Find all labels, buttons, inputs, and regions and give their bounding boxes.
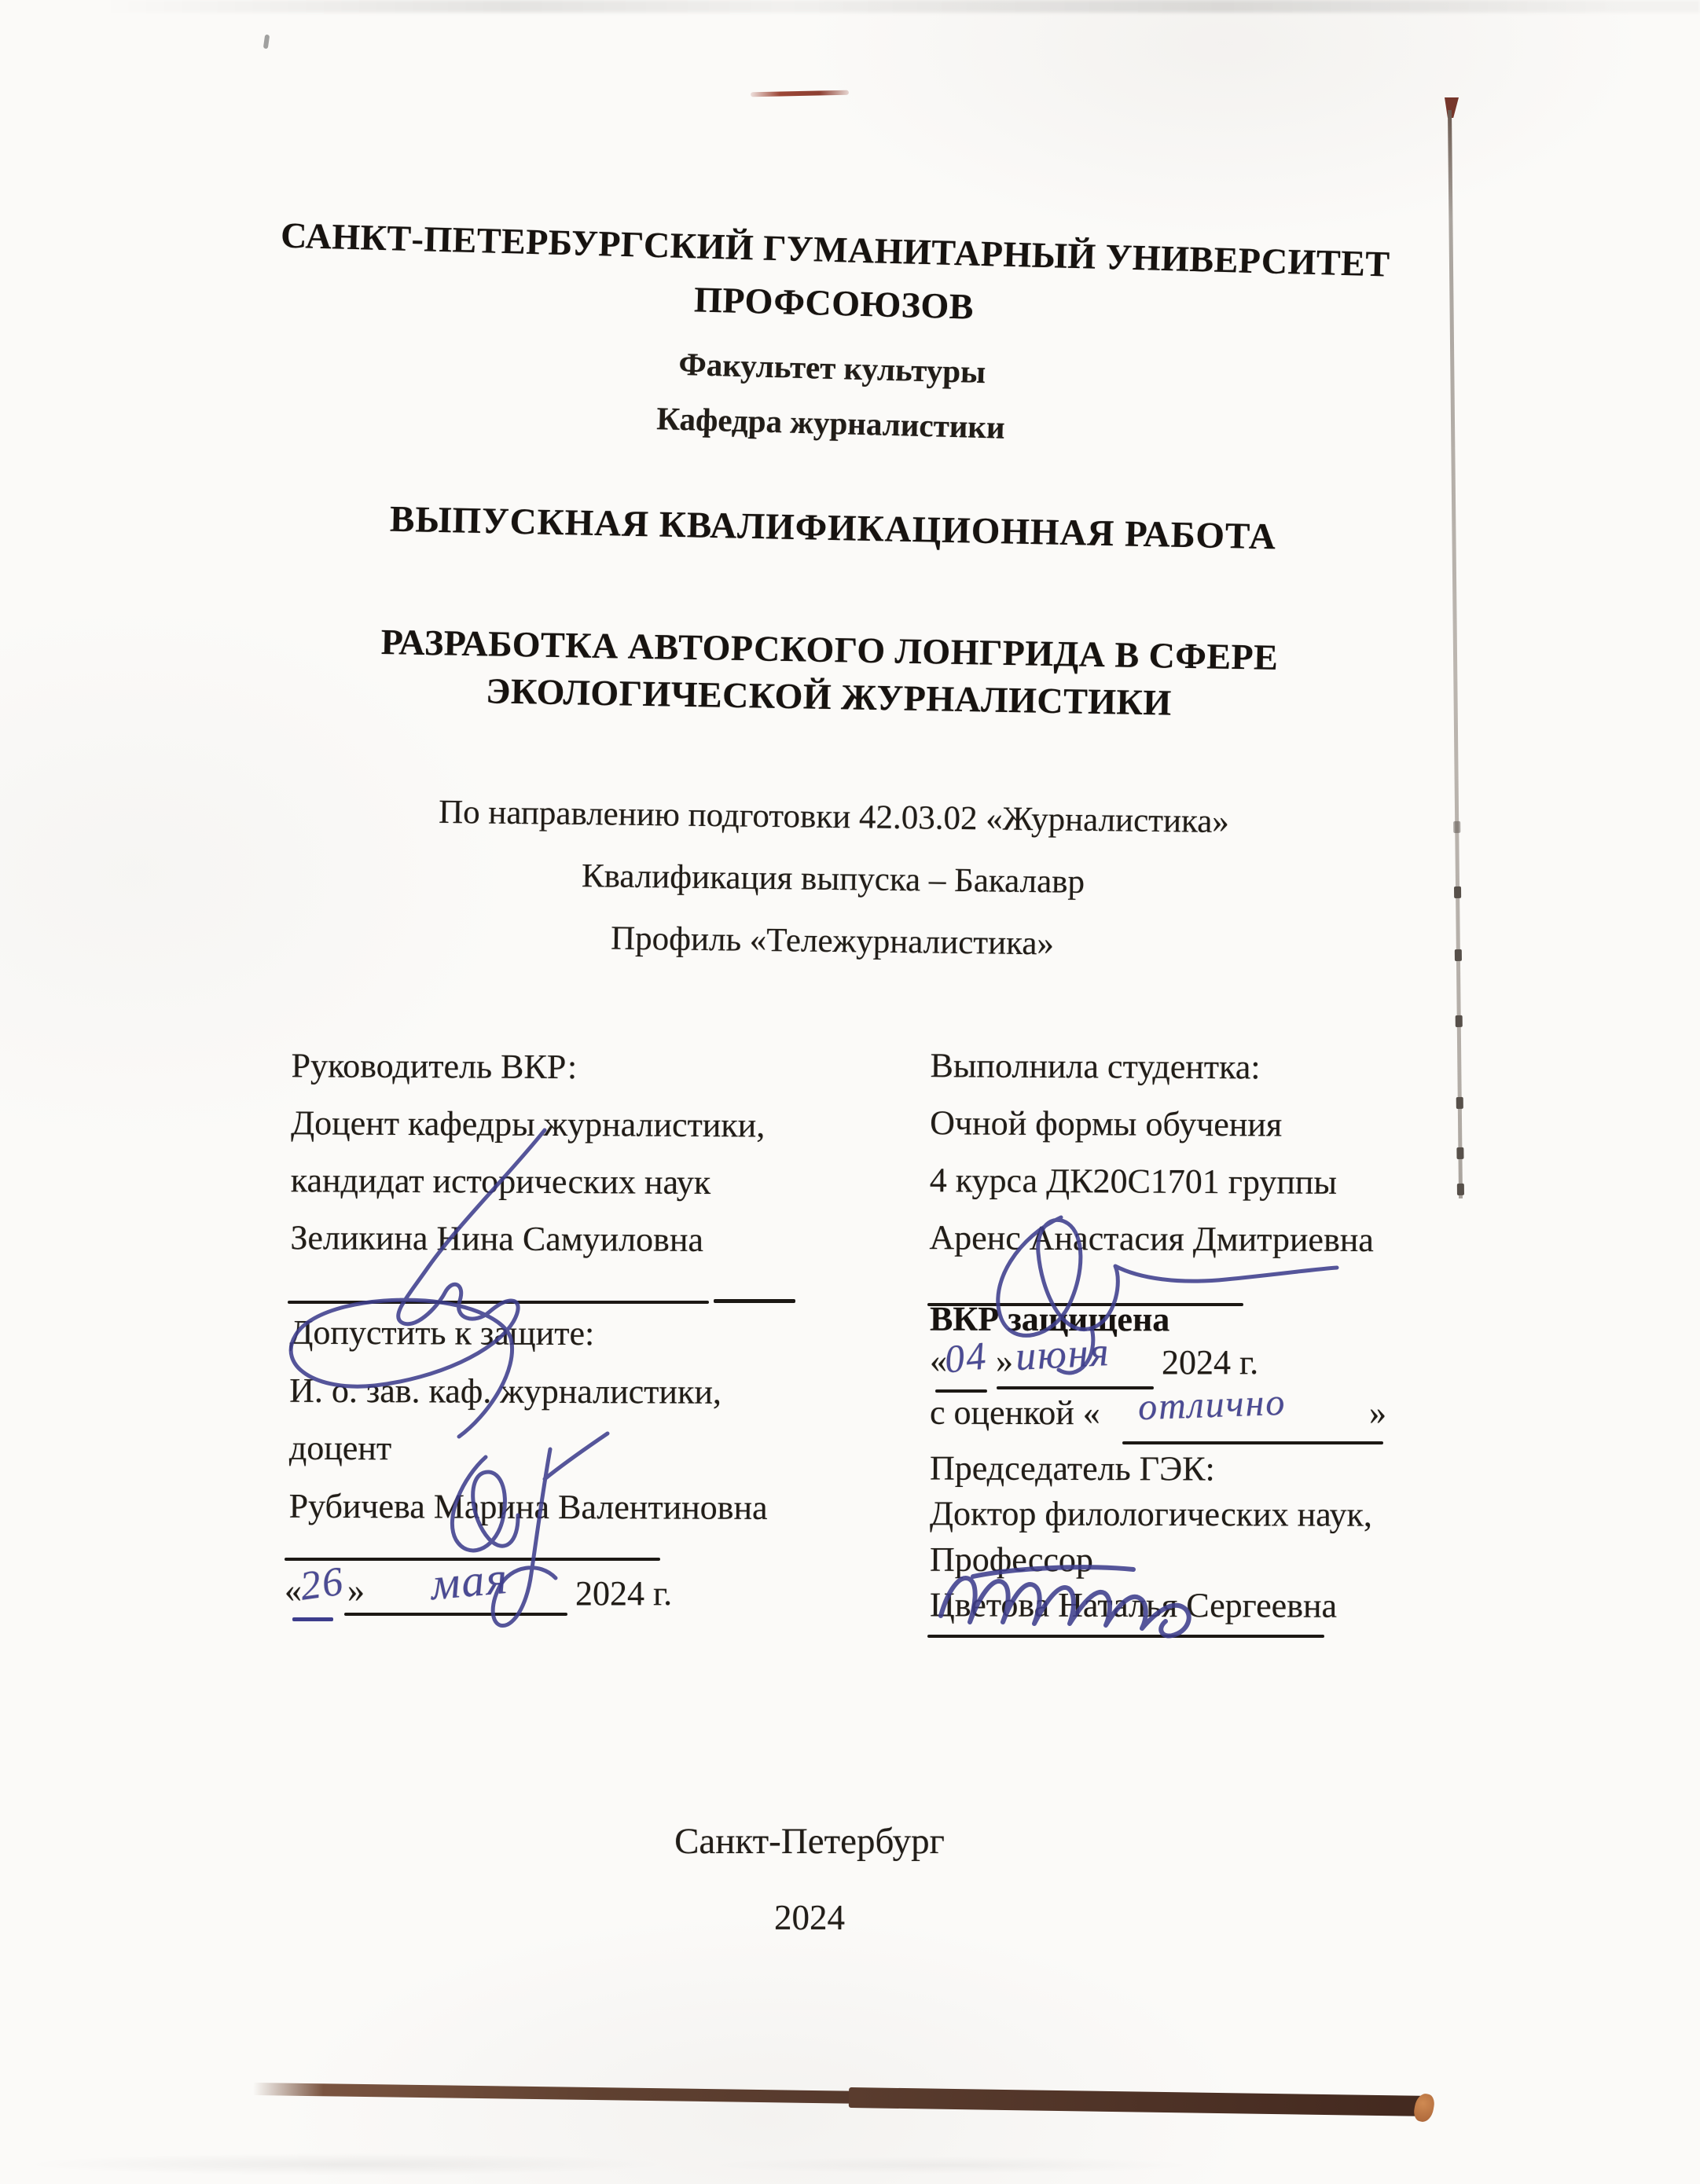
admission-position-line1: И. о. зав. каф. журналистики, (289, 1361, 839, 1421)
admission-month-underline (344, 1613, 567, 1616)
admission-position-line2: доцент (289, 1419, 839, 1479)
program-block: По направлению подготовки 42.03.02 «Журн… (109, 777, 1558, 981)
admission-heading: Допустить к защите: (289, 1304, 839, 1364)
defense-year: 2024 г. (1162, 1342, 1258, 1382)
student-line1: Очной формы обучения (930, 1094, 1480, 1154)
scanned-thesis-title-page: САНКТ-ПЕТЕРБУРГСКИЙ ГУМАНИТАРНЫЙ УНИВЕРС… (0, 0, 1700, 2184)
defense-grade-underline (1122, 1441, 1383, 1444)
admission-name: Рубичева Марина Валентиновна (288, 1477, 839, 1536)
defense-grade-row: с оценкой « (930, 1393, 1100, 1433)
defense-day-handwritten: 04 (942, 1332, 990, 1382)
admission-day-handwritten: 26 (297, 1558, 347, 1610)
grade-label: с оценкой « (930, 1393, 1100, 1433)
advisor-position-line2: кандидат исторических наук (291, 1151, 825, 1212)
scan-smudge-mark (263, 35, 270, 50)
chair-signature-line (927, 1635, 1324, 1638)
admission-month-handwritten: мая (428, 1551, 510, 1610)
student-line2: 4 курса ДК20С1701 группы (930, 1151, 1480, 1212)
chair-name: Цветова Наталья Сергеевна (930, 1584, 1337, 1625)
advisor-signature-line-segment (714, 1299, 795, 1303)
advisor-name: Зеликина Нина Самуиловна (290, 1209, 824, 1269)
admission-block: Допустить к защите: И. о. зав. каф. журн… (288, 1304, 839, 1536)
footer-block: Санкт-Петербург 2024 (0, 1820, 1619, 1938)
advisor-position-line1: Доцент кафедры журналистики, (291, 1094, 825, 1154)
advisor-heading: Руководитель ВКР: (291, 1037, 825, 1097)
student-name: Аренс Анастасия Дмитриевна (929, 1209, 1479, 1269)
chair-rank-line: Профессор (930, 1540, 1093, 1580)
chair-heading: Председатель ГЭК: (930, 1448, 1215, 1489)
scan-bottom-smudge (707, 2156, 1195, 2174)
thesis-title: РАЗРАБОТКА АВТОРСКОГО ЛОНГРИДА В СФЕРЕ Э… (105, 614, 1553, 733)
defense-month-underline (997, 1386, 1154, 1389)
chair-degree-line: Доктор филологических наук, (930, 1493, 1372, 1534)
scan-bottom-page-edge-dark (849, 2087, 1429, 2116)
student-block: Выполнила студентка: Очной формы обучени… (929, 1037, 1481, 1269)
scan-bottom-smudge (24, 2153, 668, 2175)
footer-city: Санкт-Петербург (0, 1820, 1619, 1863)
defense-month-handwritten: июня (1015, 1329, 1112, 1380)
grade-quote-close: » (1369, 1393, 1386, 1433)
quote-close: » (996, 1342, 1013, 1380)
advisor-block: Руководитель ВКР: Доцент кафедры журнали… (290, 1037, 826, 1269)
student-heading: Выполнила студентка: (930, 1037, 1480, 1097)
edge-tick (1456, 1015, 1463, 1027)
admission-year: 2024 г. (575, 1573, 672, 1613)
header-block: САНКТ-ПЕТЕРБУРГСКИЙ ГУМАНИТАРНЫЙ УНИВЕРС… (108, 207, 1559, 462)
quote-close: » (347, 1571, 365, 1610)
admission-day-underline (292, 1617, 333, 1621)
work-type-heading: ВЫПУСКНАЯ КВАЛИФИКАЦИОННАЯ РАБОТА (110, 493, 1557, 564)
footer-year: 2024 (0, 1897, 1619, 1938)
scan-red-dash-artifact (751, 90, 849, 97)
defense-grade-handwritten: отлично (1137, 1381, 1287, 1430)
